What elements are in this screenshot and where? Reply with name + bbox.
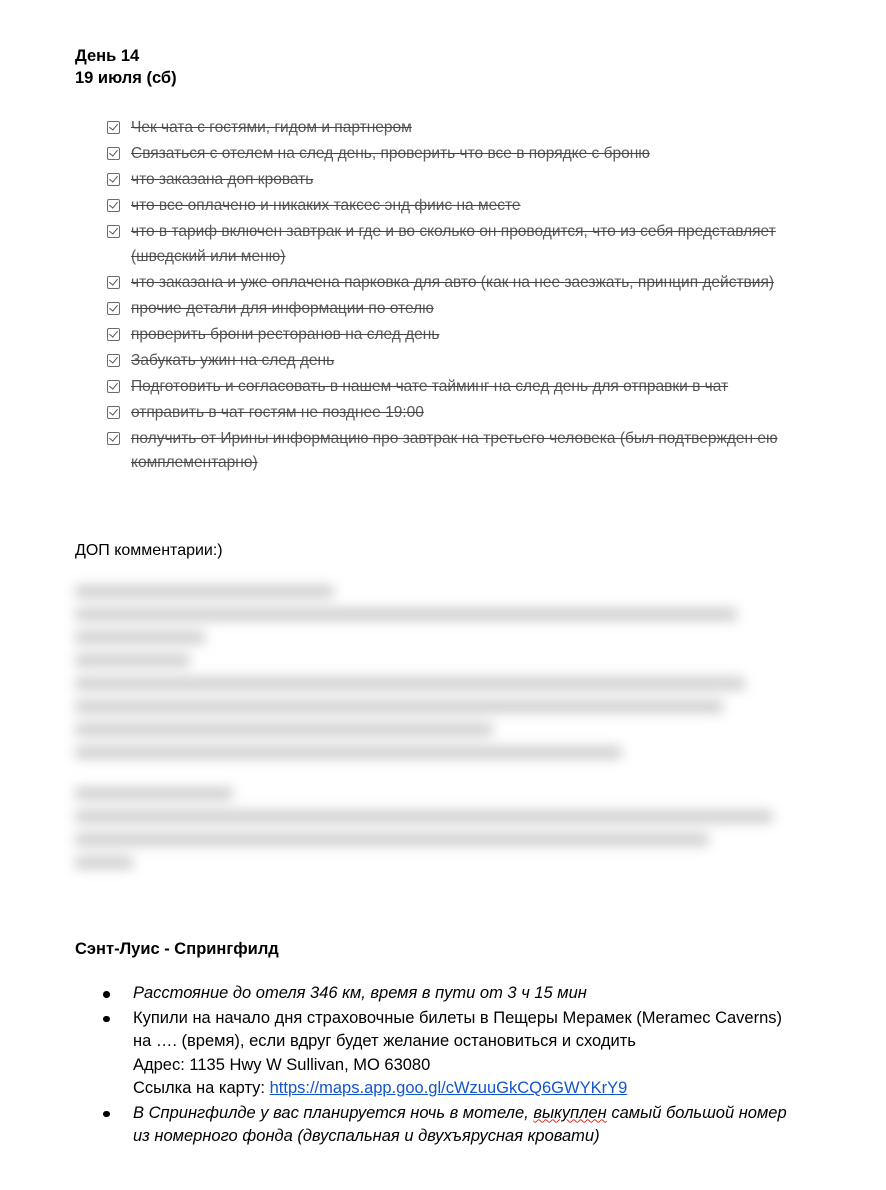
- checklist-item-text: прочие детали для информации по отелю: [131, 297, 434, 322]
- checklist-item-text: Забукать ужин на след день: [131, 349, 334, 374]
- redacted-comments-block: [75, 585, 795, 895]
- checklist-item: прочие детали для информации по отелю: [107, 297, 797, 322]
- checkbox-checked-icon[interactable]: [107, 406, 120, 419]
- bullet-icon: [103, 1111, 110, 1118]
- caves-text: Купили на начало дня страховочные билеты…: [133, 1009, 782, 1051]
- checklist-item-text: проверить брони ресторанов на след день: [131, 323, 439, 348]
- route-bullet-list: Расстояние до отеля 346 км, время в пути…: [103, 982, 803, 1150]
- redacted-line: [75, 810, 773, 823]
- motel-text-a: В Спрингфилде у вас планируется ночь в м…: [133, 1104, 533, 1122]
- checklist-item-text: что все оплачено и никаких таксес энд фи…: [131, 194, 521, 219]
- checklist-item-text: Подготовить и согласовать в нашем чате т…: [131, 375, 728, 400]
- date-heading: 19 июля (сб): [75, 67, 177, 89]
- day-heading: День 14: [75, 45, 139, 67]
- redacted-line: [75, 700, 723, 713]
- bullet-icon: [103, 1016, 110, 1023]
- checkbox-checked-icon[interactable]: [107, 199, 120, 212]
- checklist-item-text: Связаться с отелем на след день, провери…: [131, 142, 650, 167]
- redacted-line: [75, 746, 622, 759]
- bullet-icon: [103, 991, 110, 998]
- checklist-item: что все оплачено и никаких таксес энд фи…: [107, 194, 797, 219]
- checkbox-checked-icon[interactable]: [107, 225, 120, 238]
- bullet-item-caves: Купили на начало дня страховочные билеты…: [103, 1007, 803, 1101]
- checklist-item: Чек чата с гостями, гидом и партнером: [107, 116, 797, 141]
- checklist-item-text: Чек чата с гостями, гидом и партнером: [131, 116, 412, 141]
- checklist-item: проверить брони ресторанов на след день: [107, 323, 797, 348]
- checkbox-checked-icon[interactable]: [107, 328, 120, 341]
- checklist-item: получить от Ирины информацию про завтрак…: [107, 427, 797, 476]
- checkbox-checked-icon[interactable]: [107, 276, 120, 289]
- checklist-item-text: что в тариф включен завтрак и где и во с…: [131, 220, 797, 269]
- checklist-item: что заказана доп кровать: [107, 168, 797, 193]
- checkbox-checked-icon[interactable]: [107, 432, 120, 445]
- checkbox-checked-icon[interactable]: [107, 380, 120, 393]
- spellcheck-word: выкуплен: [533, 1104, 606, 1122]
- checklist-item-text: что заказана и уже оплачена парковка для…: [131, 271, 774, 296]
- redacted-line: [75, 585, 334, 598]
- checkbox-checked-icon[interactable]: [107, 121, 120, 134]
- motel-text: В Спрингфилде у вас планируется ночь в м…: [133, 1104, 787, 1146]
- map-link-label: Ссылка на карту:: [133, 1079, 270, 1097]
- redacted-line: [75, 631, 205, 644]
- redacted-line: [75, 654, 190, 667]
- distance-text: Расстояние до отеля 346 км, время в пути…: [133, 984, 587, 1002]
- redacted-line: [75, 856, 133, 869]
- checklist-item-text: получить от Ирины информацию про завтрак…: [131, 427, 797, 476]
- checklist-item: Подготовить и согласовать в нашем чате т…: [107, 375, 797, 400]
- comments-label: ДОП комментарии:): [75, 540, 223, 562]
- checklist-item: Связаться с отелем на след день, провери…: [107, 142, 797, 167]
- checkbox-checked-icon[interactable]: [107, 302, 120, 315]
- checkbox-checked-icon[interactable]: [107, 354, 120, 367]
- checklist-item: что заказана и уже оплачена парковка для…: [107, 271, 797, 296]
- address-text: Адрес: 1135 Hwy W Sullivan, MO 63080: [133, 1056, 430, 1074]
- checklist: Чек чата с гостями, гидом и партнером Св…: [107, 116, 797, 477]
- redacted-line: [75, 833, 709, 846]
- checklist-item-text: что заказана доп кровать: [131, 168, 313, 193]
- map-link[interactable]: https://maps.app.goo.gl/cWzuuGkCQ6GWYKrY…: [270, 1079, 628, 1097]
- checklist-item: отправить в чат гостям не позднее 19:00: [107, 401, 797, 426]
- checkbox-checked-icon[interactable]: [107, 147, 120, 160]
- redacted-line: [75, 677, 745, 690]
- checklist-item: что в тариф включен завтрак и где и во с…: [107, 220, 797, 269]
- route-heading: Сэнт-Луис - Спрингфилд: [75, 938, 279, 960]
- redacted-line: [75, 787, 233, 800]
- redacted-line: [75, 608, 737, 621]
- bullet-item-distance: Расстояние до отеля 346 км, время в пути…: [103, 982, 803, 1006]
- bullet-item-motel: В Спрингфилде у вас планируется ночь в м…: [103, 1102, 803, 1149]
- checklist-item-text: отправить в чат гостям не позднее 19:00: [131, 401, 424, 426]
- redacted-line: [75, 723, 493, 736]
- checklist-item: Забукать ужин на след день: [107, 349, 797, 374]
- checkbox-checked-icon[interactable]: [107, 173, 120, 186]
